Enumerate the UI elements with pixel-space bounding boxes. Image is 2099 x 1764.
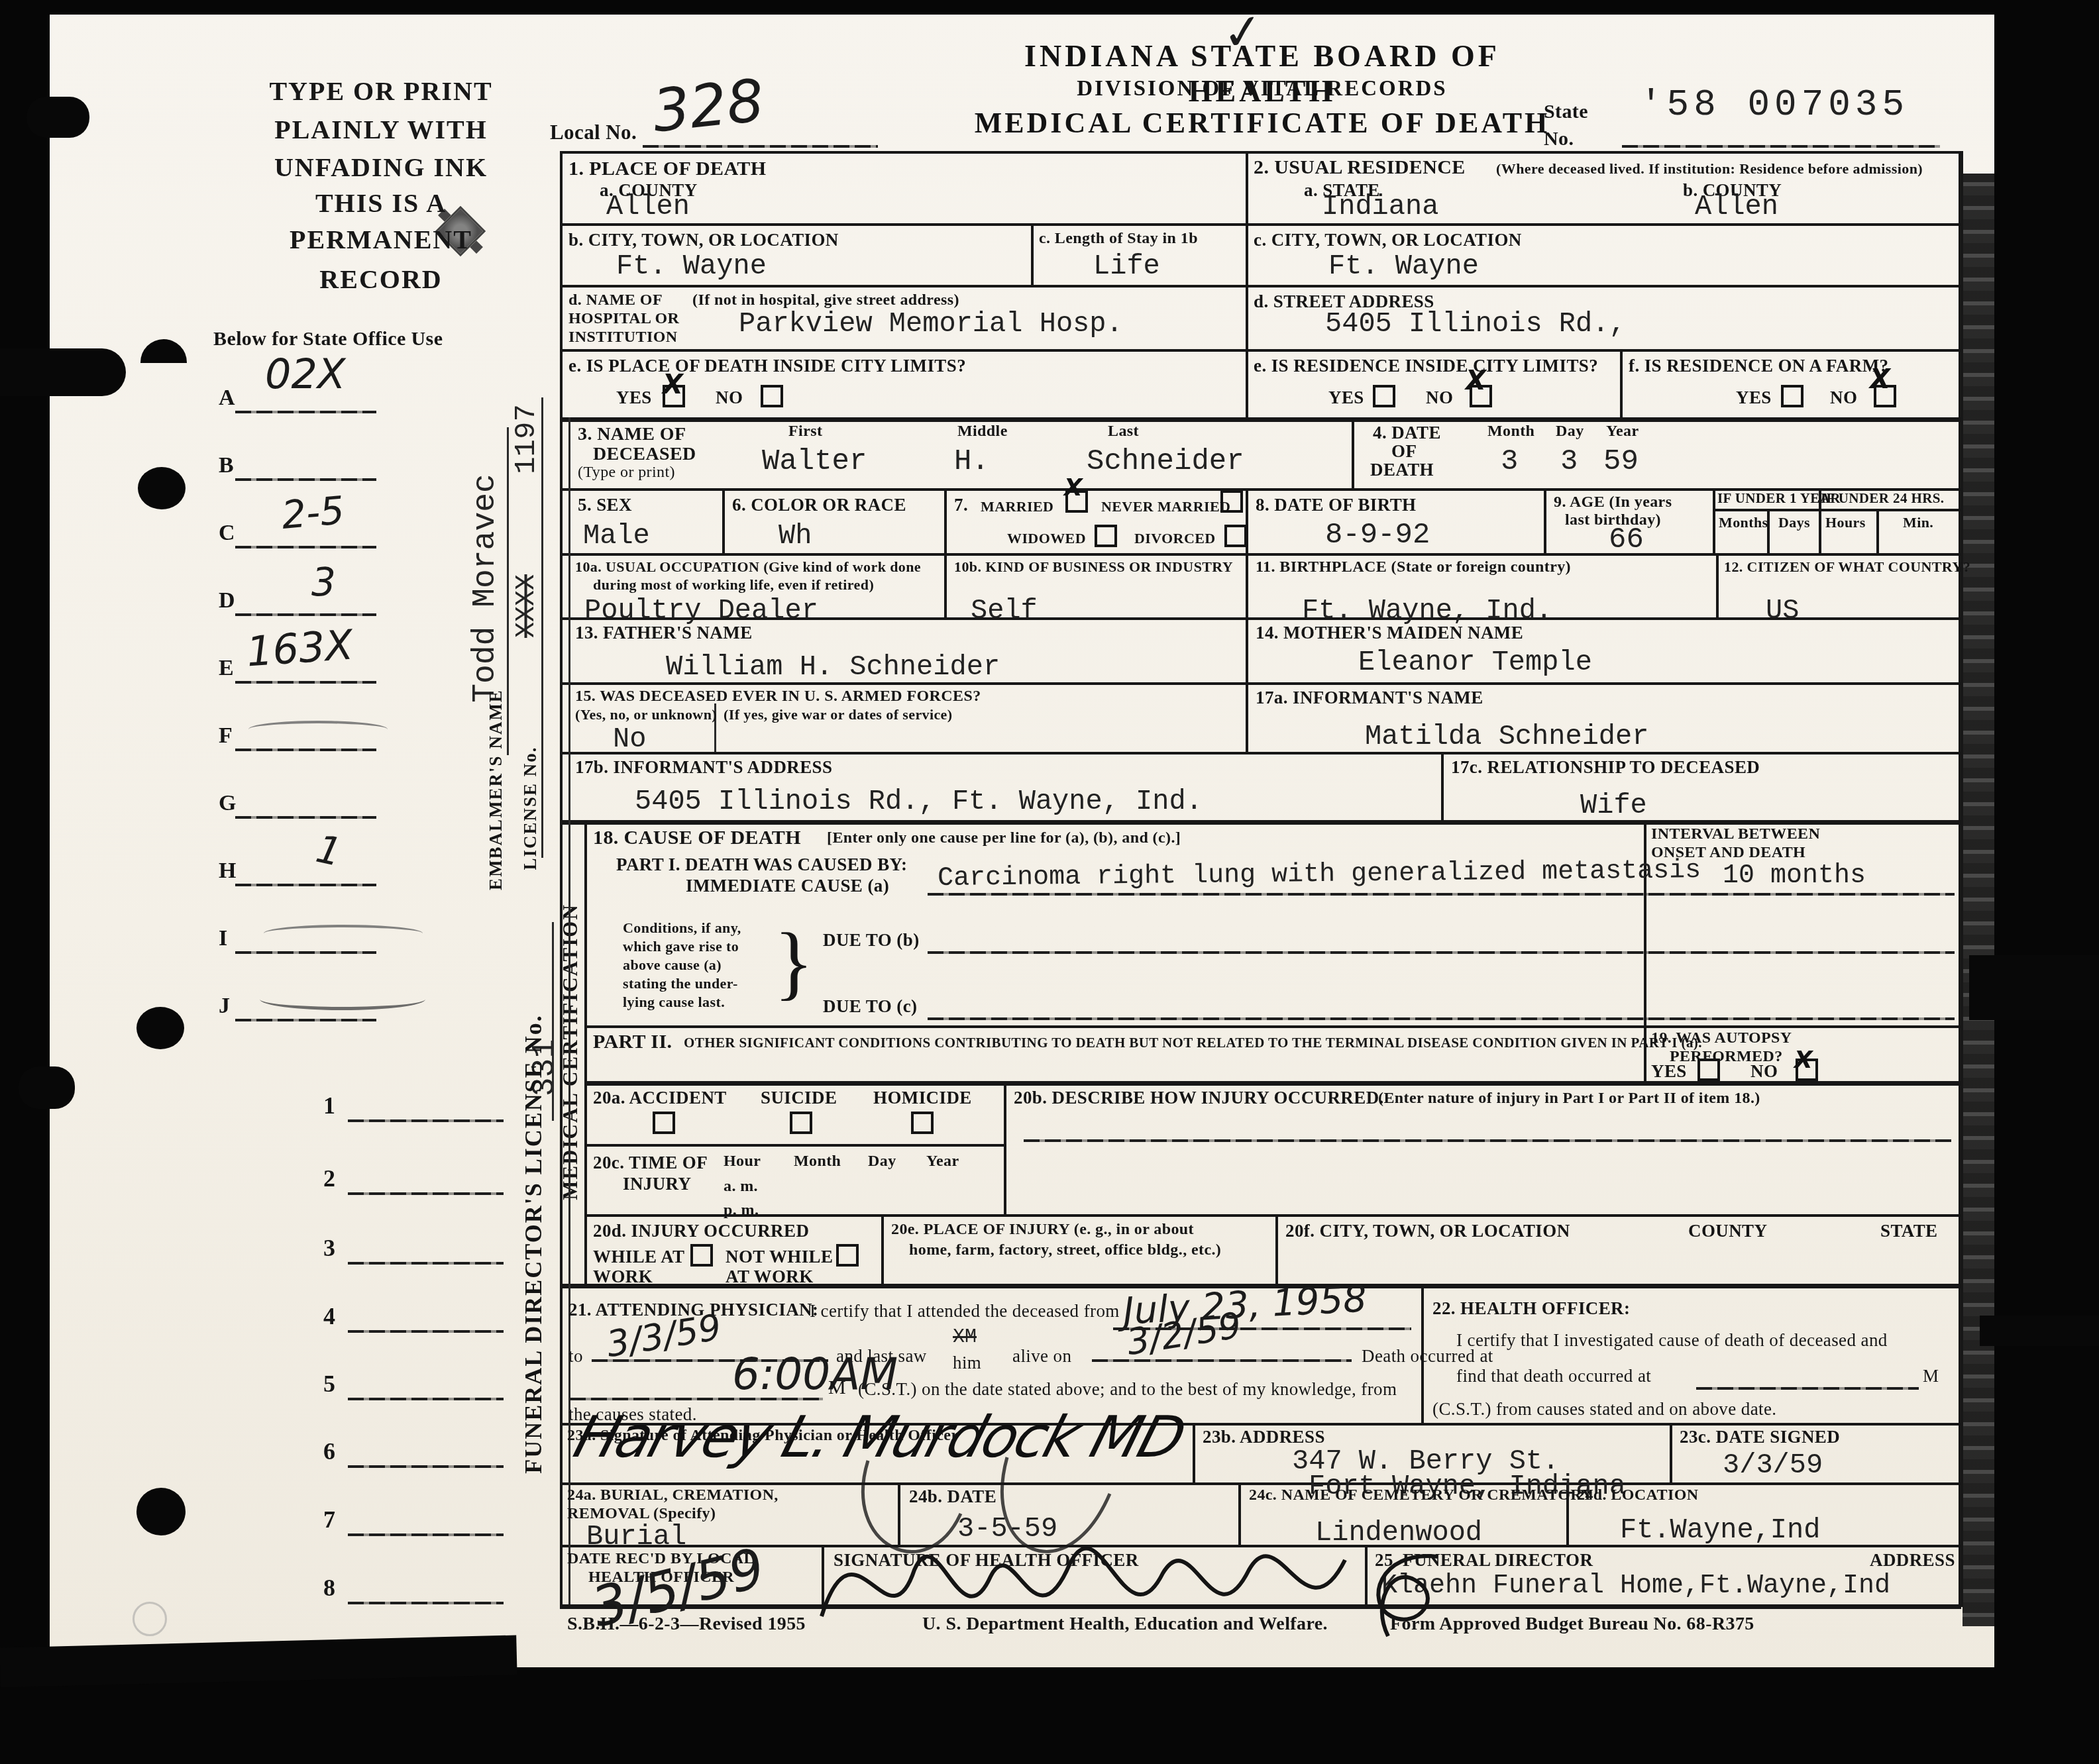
- mother-name-value: Eleanor Temple: [1358, 647, 1592, 678]
- division-title: DIVISION OF VITAL RECORDS: [947, 77, 1577, 101]
- armed-forces-note: (Yes, no, or unknown): [575, 706, 717, 723]
- informant-address-label: 17b. INFORMANT'S ADDRESS: [575, 757, 832, 778]
- instruction-line: PLAINLY WITH: [239, 114, 523, 145]
- hospital-note: (If not in hospital, give street address…: [692, 291, 959, 309]
- pencil-stroke: [248, 721, 388, 738]
- rule-v: [541, 397, 543, 858]
- rule-v: [1246, 617, 1248, 682]
- no-label: NO: [1830, 388, 1857, 408]
- no-label: NO: [716, 388, 743, 408]
- punch-hole: [136, 1488, 186, 1535]
- armed-forces-value: No: [613, 723, 646, 755]
- struck-word: XM: [953, 1326, 977, 1349]
- place-of-death-title: 1. PLACE OF DEATH: [568, 158, 766, 180]
- min-header: Min.: [1903, 514, 1933, 531]
- death-month-value: 3: [1501, 445, 1518, 478]
- industry-label: 10b. KIND OF BUSINESS OR INDUSTRY: [954, 558, 1233, 576]
- blank-line: [1622, 145, 1940, 148]
- residence-city-value: Ft. Wayne: [1328, 250, 1479, 282]
- state-office-heading: Below for State Office Use: [213, 328, 443, 350]
- blank-line: [570, 1398, 823, 1400]
- row-letter-f: F: [219, 723, 233, 749]
- work-label: WORK: [593, 1267, 653, 1287]
- row-number-7: 7: [323, 1506, 335, 1533]
- divorced-label: DIVORCED: [1134, 530, 1216, 547]
- part1-label: PART I. DEATH WAS CAUSED BY:: [616, 855, 907, 875]
- interval-value: 10 months: [1723, 861, 1866, 891]
- health-officer-label: 22. HEALTH OFFICER:: [1432, 1298, 1630, 1319]
- instruction-line: TYPE OR PRINT: [239, 76, 523, 107]
- row-letter-a: A: [219, 386, 235, 411]
- suicide-checkbox: [790, 1112, 812, 1134]
- autopsy-yes-checkbox: [1697, 1059, 1720, 1081]
- row-number-5: 5: [323, 1370, 335, 1398]
- blank-line: [348, 1533, 504, 1536]
- year-header: Year: [1606, 423, 1639, 441]
- birthplace-value: Ft. Wayne, Ind.: [1302, 595, 1552, 627]
- rule-h: [584, 1214, 1961, 1217]
- month-header: Month: [1487, 423, 1534, 441]
- instruction-line: PERMANENT: [239, 224, 523, 255]
- occupation-label: during most of working life, even if ret…: [593, 576, 874, 594]
- blank-line: [235, 546, 376, 548]
- date-of-birth-value: 8-9-92: [1325, 519, 1430, 552]
- rule-v: [881, 1214, 884, 1284]
- conditions-note: stating the under-: [623, 975, 738, 992]
- blank-line: [235, 951, 376, 954]
- hospital-label: d. NAME OF: [568, 291, 663, 309]
- rule-h: [584, 1144, 1004, 1147]
- rule-v: [1959, 151, 1963, 1607]
- blank-line: [643, 145, 878, 148]
- yes-label: YES: [1328, 388, 1364, 408]
- birthplace-label: 11. BIRTHPLACE (State or foreign country…: [1256, 558, 1571, 576]
- blank-line: [1696, 1387, 1919, 1390]
- form-title: MEDICAL CERTIFICATE OF DEATH: [947, 106, 1577, 140]
- hours-header: Hours: [1825, 514, 1866, 531]
- yes-label: YES: [1736, 388, 1772, 408]
- scan-streak: [1980, 1316, 2099, 1346]
- accident-label: 20a. ACCIDENT: [593, 1088, 727, 1108]
- interval-header: INTERVAL BETWEEN: [1651, 825, 1820, 843]
- rule-h: [560, 285, 1961, 287]
- name-of-deceased-note: (Type or print): [578, 464, 675, 482]
- local-no-label: Local No.: [550, 121, 637, 144]
- not-while-at-work-checkbox: [836, 1244, 859, 1267]
- usual-residence-title: 2. USUAL RESIDENCE: [1254, 156, 1466, 179]
- relationship-label: 17c. RELATIONSHIP TO DECEASED: [1451, 757, 1760, 778]
- due-to-c-label: DUE TO (c): [823, 996, 918, 1017]
- no-checkbox: [761, 385, 783, 407]
- widowed-label: WIDOWED: [1007, 530, 1086, 547]
- yes-label: YES: [1651, 1061, 1687, 1082]
- no-checkbox-mark: X: [1870, 364, 1890, 395]
- embalmer-name-value: Todd Moravec: [468, 474, 504, 703]
- rule-v: [1031, 223, 1034, 285]
- name-of-deceased-label: DECEASED: [593, 444, 696, 465]
- hospital-label: INSTITUTION: [568, 329, 677, 346]
- months-header: Months: [1719, 514, 1768, 531]
- residence-farm-label: f. IS RESIDENCE ON A FARM?: [1629, 356, 1888, 376]
- instruction-line: THIS IS A: [239, 187, 523, 219]
- rule-h: [560, 417, 1961, 422]
- row-number-2: 2: [323, 1165, 335, 1192]
- rule-v: [1441, 752, 1444, 820]
- month-header: Month: [794, 1153, 841, 1170]
- cemetery-location-value: Ft.Wayne,Ind: [1620, 1514, 1820, 1546]
- embalmer-name-label: EMBALMER'S NAME: [486, 689, 506, 890]
- date-of-birth-label: 8. DATE OF BIRTH: [1256, 495, 1416, 515]
- blank-line: [928, 951, 1955, 954]
- residence-state-value: Indiana: [1322, 191, 1438, 223]
- homicide-label: HOMICIDE: [873, 1088, 972, 1108]
- never-married-label: NEVER MARRIED: [1101, 498, 1230, 515]
- married-label: MARRIED: [981, 498, 1053, 515]
- conditions-note: lying cause last.: [623, 994, 725, 1011]
- row-letter-i: I: [219, 926, 228, 951]
- punch-hole: [136, 1007, 184, 1049]
- hour-header: Hour: [724, 1153, 761, 1170]
- due-to-b-label: DUE TO (b): [823, 930, 920, 951]
- race-value: Wh: [779, 520, 812, 552]
- usual-residence-note: (Where deceased lived. If institution: R…: [1496, 160, 1923, 178]
- state-no-label: State: [1544, 101, 1588, 123]
- blank-line: [235, 613, 376, 616]
- to-label: to: [568, 1346, 583, 1367]
- autopsy-label: 19. WAS AUTOPSY: [1651, 1029, 1792, 1047]
- rule-v: [1246, 682, 1248, 752]
- no-label: NO: [1750, 1061, 1778, 1082]
- conditions-note: Conditions, if any,: [623, 919, 741, 937]
- first-name-value: Walter: [762, 445, 867, 478]
- cemetery-location-label: 24d. LOCATION: [1577, 1486, 1698, 1504]
- widowed-checkbox: [1095, 525, 1117, 547]
- blank-line: [235, 884, 376, 886]
- checkmark-annotation: ✓: [1220, 2, 1267, 63]
- budget-bureau-number: Form Approved Budget Bureau No. 68-R375: [1390, 1614, 1754, 1635]
- rule-v: [1004, 1081, 1006, 1214]
- m-suffix: M: [828, 1376, 846, 1399]
- blank-line: [348, 1465, 504, 1468]
- rule-v: [1275, 1214, 1278, 1284]
- row-letter-e: E: [219, 656, 234, 681]
- pm-label: p. m.: [724, 1202, 759, 1219]
- health-officer-text: I certify that I investigated cause of d…: [1456, 1330, 1888, 1351]
- first-name-header: First: [788, 423, 822, 441]
- city-of-death-label: b. CITY, TOWN, OR LOCATION: [568, 230, 839, 250]
- days-header: Days: [1778, 514, 1810, 531]
- burial-value: Burial: [586, 1521, 686, 1553]
- citizen-label: 12. CITIZEN OF WHAT COUNTRY?: [1724, 558, 1970, 576]
- row-number-8: 8: [323, 1574, 335, 1602]
- death-year-value: 59: [1603, 445, 1639, 478]
- death-city-limits-label: e. IS PLACE OF DEATH INSIDE CITY LIMITS?: [568, 356, 966, 376]
- conditions-note: above cause (a): [623, 957, 722, 974]
- informant-address-value: 5405 Illinois Rd., Ft. Wayne, Ind.: [635, 786, 1203, 817]
- while-at-work-checkbox: [690, 1244, 713, 1267]
- rule-v: [1620, 349, 1623, 417]
- injury-occurred-label: 20d. INJURY OCCURRED: [593, 1221, 809, 1241]
- health-officer-text: find that death occurred at: [1456, 1366, 1651, 1386]
- immediate-cause-label: IMMEDIATE CAUSE (a): [686, 876, 889, 896]
- autopsy-no-mark: X: [1794, 1047, 1813, 1074]
- no-label: NO: [1426, 388, 1453, 408]
- part2-label: PART II.: [593, 1031, 672, 1053]
- length-of-stay-value: Life: [1093, 250, 1160, 282]
- rule-v: [1670, 1423, 1672, 1482]
- time-of-injury-label: 20c. TIME OF: [593, 1153, 708, 1173]
- age-value: 66: [1609, 523, 1644, 556]
- rule-v: [584, 820, 587, 1284]
- blank-line: [348, 1330, 504, 1333]
- citizen-value: US: [1766, 595, 1799, 627]
- local-no-value: 328: [649, 66, 767, 146]
- cause-of-death-note: [Enter only one cause per line for (a), …: [827, 829, 1181, 847]
- sex-label: 5. SEX: [578, 495, 632, 515]
- father-name-value: William H. Schneider: [666, 651, 1000, 683]
- rule-v: [722, 488, 725, 553]
- accident-checkbox: [653, 1112, 675, 1134]
- blank-line: [235, 411, 376, 413]
- suicide-label: SUICIDE: [761, 1088, 837, 1108]
- row-value-d: 3: [311, 560, 336, 605]
- injury-city-label: 20f. CITY, TOWN, OR LOCATION: [1285, 1221, 1570, 1241]
- am-label: a. m.: [724, 1178, 758, 1196]
- row-number-4: 4: [323, 1302, 335, 1330]
- burial-label: REMOVAL (Specify): [567, 1505, 716, 1523]
- alive-on-text: alive on: [1012, 1346, 1071, 1367]
- rule-h: [560, 1482, 1961, 1485]
- occupation-label: 10a. USUAL OCCUPATION (Give kind of work…: [575, 558, 921, 576]
- blank-line: [235, 816, 376, 819]
- industry-value: Self: [971, 595, 1038, 627]
- armed-forces-note: (If yes, give war or dates of service): [724, 706, 953, 723]
- rule-h: [560, 752, 1961, 754]
- row-value-a: 02X: [265, 350, 345, 398]
- rule-v: [1193, 1423, 1195, 1482]
- city-of-death-value: Ft. Wayne: [616, 250, 767, 282]
- blank-line: [928, 893, 1955, 896]
- length-of-stay-label: c. Length of Stay in 1b: [1039, 230, 1198, 248]
- residence-county-value: Allen: [1695, 191, 1778, 223]
- part2-text: OTHER SIGNIFICANT CONDITIONS CONTRIBUTIN…: [684, 1035, 1702, 1051]
- row-value-e: 163X: [245, 620, 355, 676]
- relationship-value: Wife: [1580, 790, 1647, 821]
- last-name-header: Last: [1108, 423, 1139, 441]
- instruction-line: RECORD: [239, 264, 523, 295]
- yes-checkbox: [1781, 385, 1803, 407]
- signature-flourish: [848, 1454, 1126, 1606]
- informant-name-value: Matilda Schneider: [1365, 721, 1648, 752]
- row-letter-b: B: [219, 453, 234, 478]
- rule-v: [1544, 488, 1546, 553]
- rule-v: [1713, 488, 1715, 553]
- rule-v: [1246, 553, 1248, 617]
- describe-injury-label: 20b. DESCRIBE HOW INJURY OCCURRED.: [1014, 1088, 1384, 1108]
- instruction-line: UNFADING INK: [239, 152, 523, 183]
- scan-edge-band: [1963, 174, 1994, 1626]
- year-header: Year: [926, 1153, 959, 1170]
- fd-license-label: FUNERAL DIRECTOR'S LICENSE No.: [519, 1014, 547, 1473]
- residence-city-label: c. CITY, TOWN, OR LOCATION: [1254, 230, 1522, 250]
- row-letter-h: H: [219, 858, 237, 884]
- describe-injury-note: (Enter nature of injury in Part I or Par…: [1378, 1090, 1760, 1108]
- yes-checkbox-mark: X: [663, 370, 683, 400]
- date-of-death-label: 4. DATE: [1373, 423, 1441, 443]
- not-while-label: NOT WHILE: [726, 1247, 833, 1267]
- state-no-label: No.: [1544, 128, 1574, 150]
- county-of-death-value: Allen: [606, 191, 690, 223]
- blank-line: [928, 1017, 1955, 1020]
- blank-line: [348, 1398, 504, 1400]
- residence-city-limits-label: e. IS RESIDENCE INSIDE CITY LIMITS?: [1254, 356, 1598, 376]
- rule-h: [584, 1081, 1961, 1086]
- rule-v: [1876, 509, 1879, 553]
- m-suffix: M: [1923, 1366, 1939, 1386]
- rule-h: [584, 1025, 1961, 1028]
- scan-streak: [27, 97, 89, 138]
- date-signed-value: 3/3/59: [1723, 1449, 1823, 1481]
- scan-streak: [19, 1066, 75, 1109]
- yes-label: YES: [616, 388, 652, 408]
- scan-streak: [1969, 955, 2099, 1020]
- physician-address-label: 23b. ADDRESS: [1203, 1427, 1325, 1447]
- certify-text: I certify that I attended the deceased f…: [810, 1301, 1120, 1322]
- at-work-label: AT WORK: [726, 1267, 814, 1287]
- blank-line: [1092, 1359, 1352, 1362]
- blank-line: [348, 1192, 504, 1195]
- date-of-death-label: DEATH: [1370, 460, 1434, 480]
- blank-line: [235, 749, 376, 751]
- struck-out-text: XXXX: [512, 574, 542, 638]
- health-officer-text: (C.S.T.) from causes stated and on above…: [1432, 1399, 1777, 1420]
- rule-v: [1352, 417, 1354, 488]
- injury-county-label: COUNTY: [1688, 1221, 1767, 1241]
- rule-v: [1716, 553, 1719, 617]
- day-header: Day: [868, 1153, 896, 1170]
- rule-h: [560, 223, 1961, 226]
- blank-line: [235, 681, 376, 684]
- blank-line: [348, 1602, 504, 1604]
- rule-v: [944, 553, 947, 617]
- embalmer-license-label: LICENSE No.: [520, 746, 541, 870]
- rule-h: [560, 553, 1961, 556]
- injury-state-label: STATE: [1880, 1221, 1938, 1241]
- row-letter-c: C: [219, 521, 235, 546]
- punch-hole: [138, 467, 186, 509]
- row-value-c: 2-5: [280, 488, 346, 538]
- blank-line: [1024, 1139, 1951, 1142]
- hospital-value: Parkview Memorial Hosp.: [739, 308, 1123, 340]
- death-day-value: 3: [1560, 445, 1578, 478]
- no-checkbox-mark: X: [1466, 366, 1486, 396]
- pencil-stroke: [264, 925, 423, 942]
- while-at-label: WHILE AT: [593, 1247, 685, 1267]
- rule-h: [1713, 509, 1961, 511]
- married-checkbox-mark: X: [1064, 474, 1083, 501]
- age-label: 9. AGE (In years: [1554, 493, 1672, 511]
- yes-checkbox: [1373, 385, 1395, 407]
- funeral-address-label: ADDRESS: [1870, 1550, 1955, 1571]
- embalmer-license-value: 1197: [510, 404, 543, 474]
- faint-ring-artifact: [133, 1602, 167, 1636]
- day-header: Day: [1556, 423, 1584, 441]
- row-letter-g: G: [219, 791, 237, 816]
- rule-v: [507, 427, 509, 755]
- date-signed-label: 23c. DATE SIGNED: [1680, 1427, 1840, 1447]
- cemetery-label: 24c. NAME OF CEMETERY OR CREMATORY: [1249, 1486, 1593, 1504]
- row-number-1: 1: [323, 1092, 335, 1119]
- middle-name-value: H.: [954, 445, 989, 478]
- rule-h: [560, 349, 1961, 352]
- rule-h: [560, 151, 1961, 154]
- last-name-value: Schneider: [1087, 445, 1244, 478]
- date-of-death-label: OF: [1391, 441, 1417, 462]
- time-of-injury-label: INJURY: [623, 1174, 691, 1194]
- scan-streak: [0, 348, 126, 396]
- row-number-3: 3: [323, 1234, 335, 1262]
- conditions-brace: }: [774, 915, 814, 1010]
- occupation-value: Poultry Dealer: [584, 595, 818, 627]
- form-number: S.B.H.—6-2-3—Revised 1955: [567, 1614, 806, 1635]
- sex-value: Male: [583, 520, 650, 552]
- conditions-note: which gave rise to: [623, 938, 739, 955]
- blank-line: [235, 1019, 376, 1021]
- him-label: him: [953, 1353, 981, 1373]
- scanned-death-certificate: { "scan": {"checkmark": "✓"}, "masthead"…: [0, 0, 2099, 1764]
- street-address-value: 5405 Illinois Rd.,: [1325, 308, 1626, 340]
- homicide-checkbox: [911, 1112, 934, 1134]
- divorced-checkbox: [1224, 525, 1247, 547]
- rule-h: [560, 820, 1961, 825]
- burial-label: 24a. BURIAL, CREMATION,: [567, 1486, 779, 1504]
- race-label: 6. COLOR OR RACE: [732, 495, 906, 515]
- rule-v: [1246, 151, 1248, 417]
- cst-text: (C.S.T.) on the date stated above; and t…: [858, 1379, 1397, 1400]
- place-of-injury-label: 20e. PLACE OF INJURY (e. g., in or about: [891, 1221, 1194, 1239]
- cause-of-death-title: 18. CAUSE OF DEATH: [593, 827, 801, 849]
- department-line: U. S. Department Health, Education and W…: [922, 1614, 1328, 1635]
- under-24-hrs-header: IF UNDER 24 HRS.: [1821, 490, 1944, 507]
- rule-v: [944, 488, 947, 553]
- rule-v: [560, 151, 563, 1607]
- state-no-value: '58 007035: [1640, 83, 1909, 126]
- blank-line: [235, 478, 376, 481]
- middle-name-header: Middle: [957, 423, 1008, 441]
- marital-number: 7.: [954, 495, 968, 515]
- row-letter-d: D: [219, 588, 235, 613]
- rule-v: [552, 922, 554, 1121]
- never-married-checkbox: [1220, 490, 1243, 513]
- pencil-stroke: [260, 988, 425, 1010]
- hospital-label: HOSPITAL OR: [568, 310, 679, 328]
- blank-line: [348, 1119, 504, 1122]
- place-of-injury-note: home, farm, factory, street, office bldg…: [909, 1241, 1221, 1259]
- father-name-label: 13. FATHER'S NAME: [575, 623, 753, 643]
- blank-line: [348, 1262, 504, 1265]
- row-letter-j: J: [219, 994, 230, 1019]
- armed-forces-label: 15. WAS DECEASED EVER IN U. S. ARMED FOR…: [575, 688, 981, 705]
- name-of-deceased-label: 3. NAME OF: [578, 424, 686, 445]
- informant-name-label: 17a. INFORMANT'S NAME: [1256, 688, 1483, 708]
- mother-name-label: 14. MOTHER'S MAIDEN NAME: [1256, 623, 1523, 643]
- row-number-6: 6: [323, 1437, 335, 1465]
- funeral-director-value: Klaehn Funeral Home,Ft.Wayne,Ind: [1381, 1571, 1890, 1601]
